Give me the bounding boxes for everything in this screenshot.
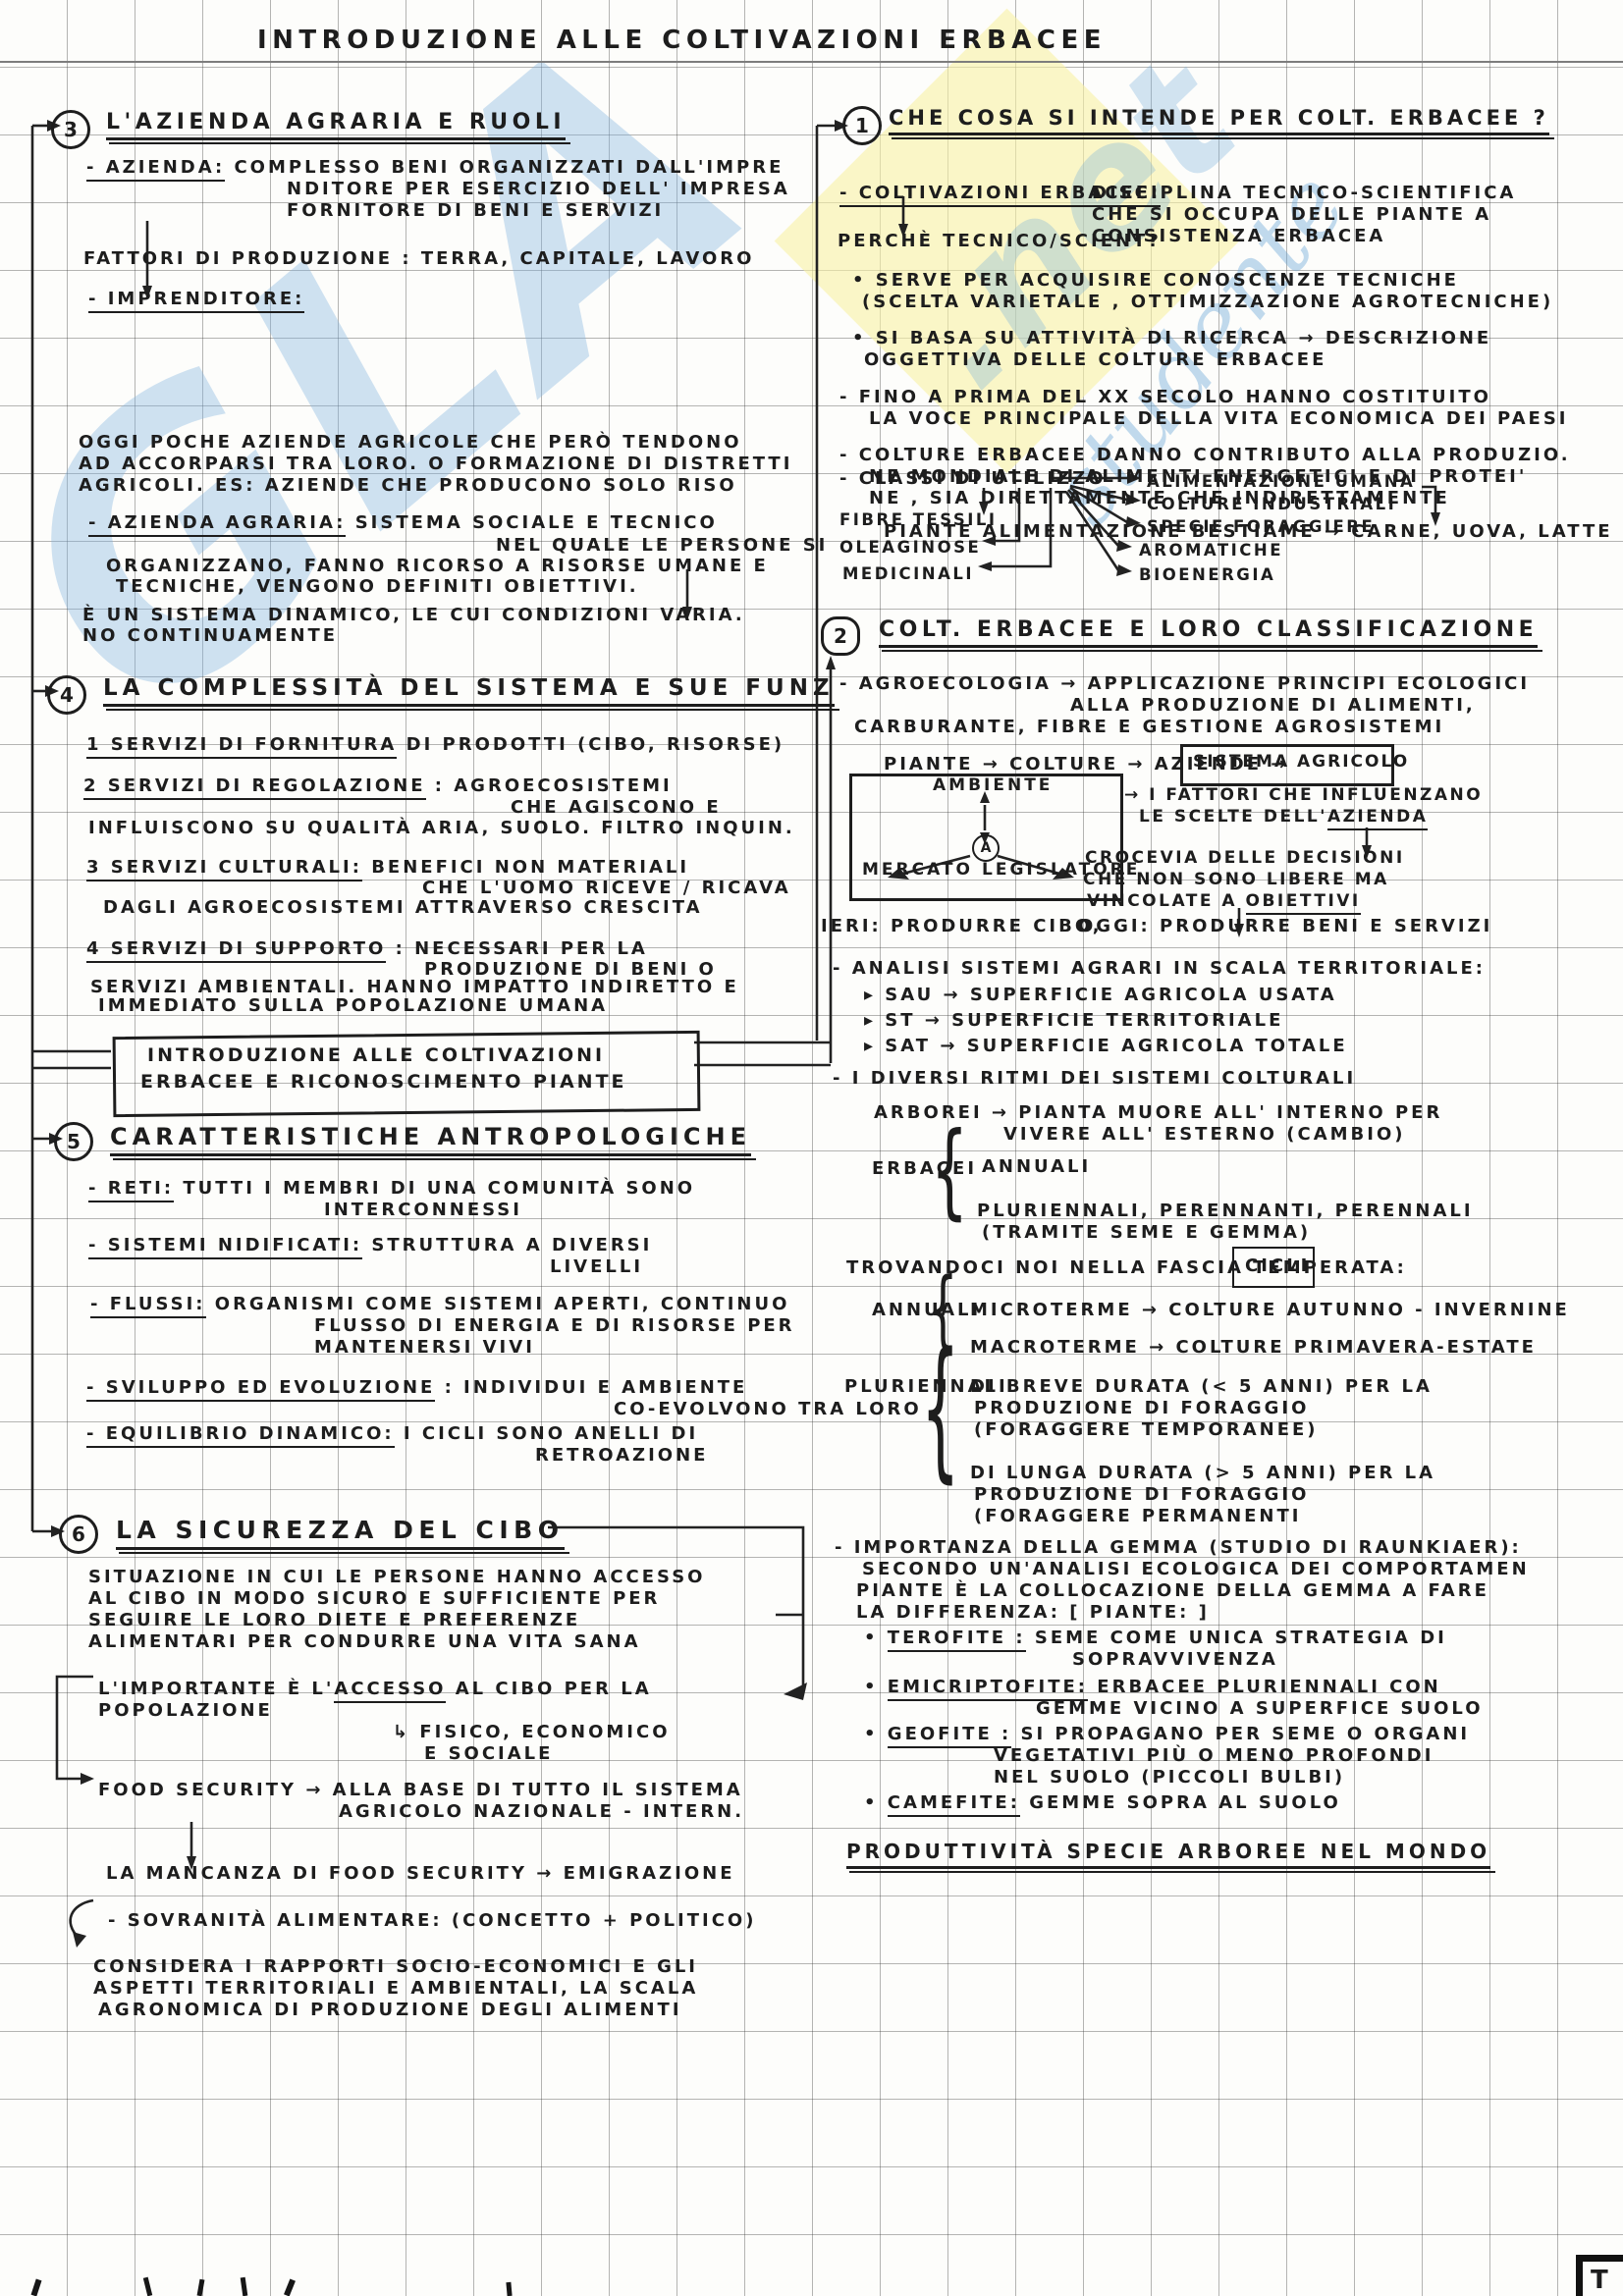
- section-2-number: 2: [821, 616, 860, 656]
- fattori-influenzano-line: LE SCELTE DELL'AZIENDA: [1139, 809, 1428, 826]
- crocevia-line: VINCOLATE A OBIETTIVI: [1087, 893, 1361, 910]
- agroecologia-line: - AGROECOLOGIA → APPLICAZIONE PRINCIPI E…: [839, 675, 1530, 693]
- classi-item: SPECIE FORAGGIERE: [1147, 519, 1375, 536]
- sistemi-nidificati-line: - SISTEMI NIDIFICATI: STRUTTURA A DIVERS…: [88, 1237, 652, 1255]
- flussi-line: MANTENERSI VIVI: [314, 1339, 535, 1357]
- fino-line: LA VOCE PRINCIPALE DELLA VITA ECONOMICA …: [869, 410, 1568, 428]
- erbacei-item: ANNUALI: [982, 1158, 1091, 1176]
- coltivazioni-erbacee-line: CHE SI OCCUPA DELLE PIANTE A: [1092, 206, 1491, 224]
- crocevia-line: CHE NON SONO LIBERE MA: [1083, 872, 1389, 888]
- servizi-regolazione-line: INFLUISCONO SU QUALITÀ ARIA, SUOLO. FILT…: [88, 820, 795, 837]
- geofite-line: NEL SUOLO (PICCOLI BULBI): [994, 1769, 1345, 1787]
- flussi-line: - FLUSSI: ORGANISMI COME SISTEMI APERTI,…: [90, 1296, 789, 1313]
- arborei-line: VIVERE ALL' ESTERNO (CAMBIO): [1003, 1126, 1405, 1144]
- accesso-line: POPOLAZIONE: [98, 1702, 273, 1720]
- breve-durata-line: DI BREVE DURATA (< 5 ANNI) PER LA: [970, 1378, 1433, 1396]
- erbacei-item: PLURIENNALI, PERENNANTI, PERENNALI: [977, 1202, 1474, 1220]
- azienda-agraria-line: ORGANIZZANO, FANNO RICORSO A RISORSE UMA…: [106, 558, 769, 575]
- annuali-label: ANNUALI: [872, 1302, 981, 1319]
- food-security-line: FOOD SECURITY → ALLA BASE DI TUTTO IL SI…: [98, 1782, 743, 1799]
- imprenditore-line: - IMPRENDITORE:: [88, 291, 304, 308]
- servizi-culturali-line: DAGLI AGROECOSISTEMI ATTRAVERSO CRESCITA: [103, 899, 703, 917]
- sviluppo-line: - SVILUPPO ED EVOLUZIONE : INDIVIDUI E A…: [86, 1379, 747, 1397]
- classi-item: AROMATICHE: [1139, 543, 1283, 560]
- lunga-durata-line: DI LUNGA DURATA (> 5 ANNI) PER LA: [970, 1465, 1435, 1482]
- classi-item-left: FIBRE TESSILI: [839, 512, 998, 529]
- fisico-line: E SOCIALE: [424, 1745, 553, 1763]
- food-security-def-line: SITUAZIONE IN CUI LE PERSONE HANNO ACCES…: [88, 1569, 705, 1586]
- ieri-oggi-line: OGGI: PRODURRE BENI E SERVIZI: [1078, 918, 1492, 935]
- section-4-number: 4: [47, 675, 86, 715]
- gemma-line: PIANTE È LA COLLOCAZIONE DELLA GEMMA A F…: [856, 1582, 1489, 1600]
- section-6-number: 6: [59, 1515, 98, 1554]
- sistema-agricolo-label: SISTEMA AGRICOLO: [1193, 754, 1409, 771]
- cicli-label: CICLI: [1245, 1257, 1310, 1275]
- food-security-def-line: ALIMENTARI PER CONDURRE UNA VITA SANA: [88, 1633, 641, 1651]
- reti-line: INTERCONNESSI: [324, 1201, 522, 1219]
- perche-line: PERCHÈ TECNICO/SCIENT?: [838, 233, 1162, 250]
- food-security-def-line: AL CIBO IN MODO SICURO E SUFFICIENTE PER: [88, 1590, 660, 1608]
- page-edge-scribble: [197, 2279, 205, 2296]
- sistema-dinamico-line: È UN SISTEMA DINAMICO, LE CUI CONDIZIONI…: [82, 607, 745, 624]
- food-security-line: AGRICOLO NAZIONALE - INTERN.: [339, 1803, 744, 1821]
- chapter-title-line: INTRODUZIONE ALLE COLTIVAZIONI: [147, 1046, 605, 1065]
- geofite-line: • GEOFITE : SI PROPAGANO PER SEME O ORGA…: [864, 1726, 1470, 1743]
- section-3-number: 3: [51, 110, 90, 149]
- camefite-line: • CAMEFITE: GEMME SOPRA AL SUOLO: [864, 1794, 1341, 1812]
- classi-item: BIOENERGIA: [1139, 567, 1275, 584]
- gemma-line: SECONDO UN'ANALISI ECOLOGICA DEI COMPORT…: [862, 1561, 1530, 1578]
- servizi-fornitura-line: 1 SERVIZI DI FORNITURA DI PRODOTTI (CIBO…: [86, 736, 784, 754]
- st-line: ▸ ST → SUPERFICIE TERRITORIALE: [864, 1012, 1283, 1030]
- equilibrio-line: RETROAZIONE: [535, 1447, 708, 1465]
- emicriptofite-line: • EMICRIPTOFITE: ERBACEE PLURIENNALI CON: [864, 1679, 1441, 1696]
- sistema-dinamico-line: NO CONTINUAMENTE: [82, 627, 338, 645]
- serve-line: • SERVE PER ACQUISIRE CONOSCENZE TECNICH…: [852, 272, 1459, 290]
- page-title: INTRODUZIONE ALLE COLTIVAZIONI ERBACEE: [257, 27, 1107, 53]
- section-2-header: COLT. ERBACEE E LORO CLASSIFICAZIONE: [879, 619, 1538, 641]
- fattori-line: FATTORI DI PRODUZIONE : TERRA, CAPITALE,…: [83, 250, 754, 268]
- azienda-agraria-line: TECNICHE, VENGONO DEFINITI OBIETTIVI.: [116, 578, 639, 596]
- azienda-node: A: [972, 834, 1000, 862]
- mercato-label: MERCATO: [862, 862, 973, 879]
- emicriptofite-line: GEMME VICINO A SUPERFICE SUOLO: [1036, 1700, 1484, 1718]
- ieri-oggi-line: IERI: PRODURRE CIBO,: [821, 918, 1103, 935]
- equilibrio-line: - EQUILIBRIO DINAMICO: I CICLI SONO ANEL…: [86, 1425, 698, 1443]
- macroterme-line: MACROTERME → COLTURE PRIMAVERA-ESTATE: [970, 1339, 1537, 1357]
- fino-line: - FINO A PRIMA DEL XX SECOLO HANNO COSTI…: [839, 389, 1491, 406]
- section-1-number: 1: [842, 106, 882, 145]
- classi-label: - CLASSI DI UTILIZZO: [839, 470, 1107, 488]
- section-1-header: CHE COSA SI INTENDE PER COLT. ERBACEE ?: [889, 108, 1549, 129]
- sistemi-nidificati-line: LIVELLI: [550, 1258, 643, 1276]
- sat-line: ▸ SAT → SUPERFICIE AGRICOLA TOTALE: [864, 1038, 1348, 1055]
- servizi-culturali-line: CHE L'UOMO RICEVE / RICAVA: [422, 880, 791, 897]
- sovranita-line: ASPETTI TERRITORIALI E AMBIENTALI, LA SC…: [93, 1980, 698, 1998]
- fattori-influenzano-line: → I FATTORI CHE INFLUENZANO: [1124, 787, 1483, 804]
- mancanza-line: LA MANCANZA DI FOOD SECURITY → EMIGRAZIO…: [106, 1865, 735, 1883]
- page-edge-scribble: [284, 2278, 296, 2296]
- oggi-line: OGGI POCHE AZIENDE AGRICOLE CHE PERÒ TEN…: [79, 434, 742, 452]
- si-basa-line: • SI BASA SU ATTIVITÀ DI RICERCA → DESCR…: [852, 330, 1491, 347]
- colture-line: - COLTURE ERBACEE DANNO CONTRIBUTO ALLA …: [839, 447, 1571, 464]
- page-edge-scribble: [241, 2277, 248, 2296]
- sau-line: ▸ SAU → SUPERFICIE AGRICOLA USATA: [864, 987, 1337, 1004]
- produttivita-line: PRODUTTIVITÀ SPECIE ARBOREE NEL MONDO: [846, 1842, 1490, 1861]
- azienda-agraria-line: - AZIENDA AGRARIA: SISTEMA SOCIALE E TEC…: [88, 514, 718, 532]
- breve-durata-line: PRODUZIONE DI FORAGGIO: [974, 1400, 1309, 1417]
- chapter-title-line: ERBACEE E RICONOSCIMENTO PIANTE: [140, 1073, 627, 1092]
- coltivazioni-erbacee-line: DISCIPLINA TECNICO-SCIENTIFICA: [1092, 185, 1516, 202]
- microterme-line: MICROTERME → COLTURE AUTUNNO - INVERNINE: [970, 1302, 1570, 1319]
- breve-durata-line: (FORAGGERE TEMPORANEE): [974, 1421, 1319, 1439]
- page-edge-scribble: [506, 2282, 512, 2296]
- oggi-line: AD ACCORPARSI TRA LORO. O FORMAZIONE DI …: [79, 455, 792, 473]
- sviluppo-line: CO-EVOLVONO TRA LORO: [614, 1401, 922, 1418]
- agroecologia-line: ALLA PRODUZIONE DI ALIMENTI,: [1070, 697, 1476, 715]
- ambiente-label: AMBIENTE: [933, 777, 1053, 794]
- erbacei-item: (TRAMITE SEME E GEMMA): [982, 1224, 1311, 1242]
- corner-tab-mark: T: [1576, 2255, 1623, 2296]
- page-edge-scribble: [143, 2277, 152, 2296]
- section-6-header: LA SICUREZZA DEL CIBO: [116, 1518, 565, 1542]
- azienda-agraria-line: NEL QUALE LE PERSONE SI: [496, 537, 828, 555]
- lunga-durata-line: PRODUZIONE DI FORAGGIO: [974, 1486, 1309, 1504]
- analisi-line: - ANALISI SISTEMI AGRARI IN SCALA TERRIT…: [833, 960, 1486, 978]
- section-5-number: 5: [54, 1122, 93, 1161]
- section-5-header: CARATTERISTICHE ANTROPOLOGICHE: [110, 1125, 751, 1148]
- servizi-supporto-line: IMMEDIATO SULLA POPOLAZIONE UMANA: [98, 997, 608, 1015]
- classi-item: COLTURE INDUSTRIALI: [1147, 497, 1396, 513]
- geofite-line: VEGETATIVI PIÙ O MENO PROFONDI: [994, 1747, 1434, 1765]
- accesso-line: L'IMPORTANTE È L'ACCESSO AL CIBO PER LA: [98, 1681, 652, 1698]
- section-4-header: LA COMPLESSITÀ DEL SISTEMA E SUE FUNZ: [103, 677, 835, 700]
- sovranita-line: CONSIDERA I RAPPORTI SOCIO-ECONOMICI E G…: [93, 1958, 698, 1976]
- servizi-supporto-line: 4 SERVIZI DI SUPPORTO : NECESSARI PER LA: [86, 940, 648, 958]
- azienda-line: NDITORE PER ESERCIZIO DELL' IMPRESA: [287, 181, 790, 198]
- crocevia-line: CROCEVIA DELLE DECISIONI: [1085, 850, 1405, 867]
- section-3-header: L'AZIENDA AGRARIA E RUOLI: [106, 112, 566, 133]
- sovranita-header: - SOVRANITÀ ALIMENTARE: (CONCETTO + POLI…: [108, 1912, 756, 1930]
- fisico-line: ↳ FISICO, ECONOMICO: [393, 1724, 671, 1741]
- ritmi-line: - I DIVERSI RITMI DEI SISTEMI COLTURALI: [833, 1070, 1356, 1088]
- servizi-regolazione-line: 2 SERVIZI DI REGOLAZIONE : AGROECOSISTEM…: [83, 777, 673, 795]
- terofite-line: SOPRAVVIVENZA: [1072, 1651, 1278, 1669]
- flussi-line: FLUSSO DI ENERGIA E DI RISORSE PER: [314, 1317, 795, 1335]
- oggi-line: AGRICOLI. ES: AZIENDE CHE PRODUCONO SOLO…: [79, 477, 737, 495]
- gemma-line: LA DIFFERENZA: [ PIANTE: ]: [856, 1604, 1210, 1622]
- page-edge-scribble: [31, 2278, 42, 2296]
- notebook-page: GLA .net studente: [0, 0, 1623, 2296]
- lunga-durata-line: (FORAGGERE PERMANENTI: [974, 1508, 1301, 1525]
- servizi-regolazione-line: CHE AGISCONO E: [511, 799, 722, 817]
- food-security-def-line: SEGUIRE LE LORO DIETE E PREFERENZE: [88, 1612, 580, 1629]
- gemma-line: - IMPORTANZA DELLA GEMMA (STUDIO DI RAUN…: [835, 1539, 1522, 1557]
- servizi-culturali-line: 3 SERVIZI CULTURALI: BENEFICI NON MATERI…: [86, 859, 689, 877]
- serve-line: (SCELTA VARIETALE , OTTIMIZZAZIONE AGROT…: [862, 294, 1553, 311]
- pluriennali-brace: {: [921, 1318, 959, 1498]
- classi-item-left: MEDICINALI: [842, 566, 974, 583]
- agroecologia-line: CARBURANTE, FIBRE E GESTIONE AGROSISTEMI: [854, 719, 1444, 736]
- terofite-line: • TEROFITE : SEME COME UNICA STRATEGIA D…: [864, 1629, 1447, 1647]
- erbacei-brace: {: [931, 1111, 968, 1232]
- sovranita-line: AGRONOMICA DI PRODUZIONE DEGLI ALIMENTI: [98, 2002, 682, 2019]
- servizi-supporto-line: SERVIZI AMBIENTALI. HANNO IMPATTO INDIRE…: [90, 979, 739, 996]
- classi-item-left: OLEAGINOSE: [839, 540, 981, 557]
- azienda-line: - AZIENDA: COMPLESSO BENI ORGANIZZATI DA…: [86, 159, 784, 177]
- si-basa-line: OGGETTIVA DELLE COLTURE ERBACEE: [864, 351, 1326, 369]
- reti-line: - RETI: TUTTI I MEMBRI DI UNA COMUNITÀ S…: [88, 1180, 695, 1198]
- classi-item: ALIMENTAZIONE UMANA: [1147, 474, 1415, 491]
- azienda-line: FORNITORE DI BENI E SERVIZI: [287, 202, 664, 220]
